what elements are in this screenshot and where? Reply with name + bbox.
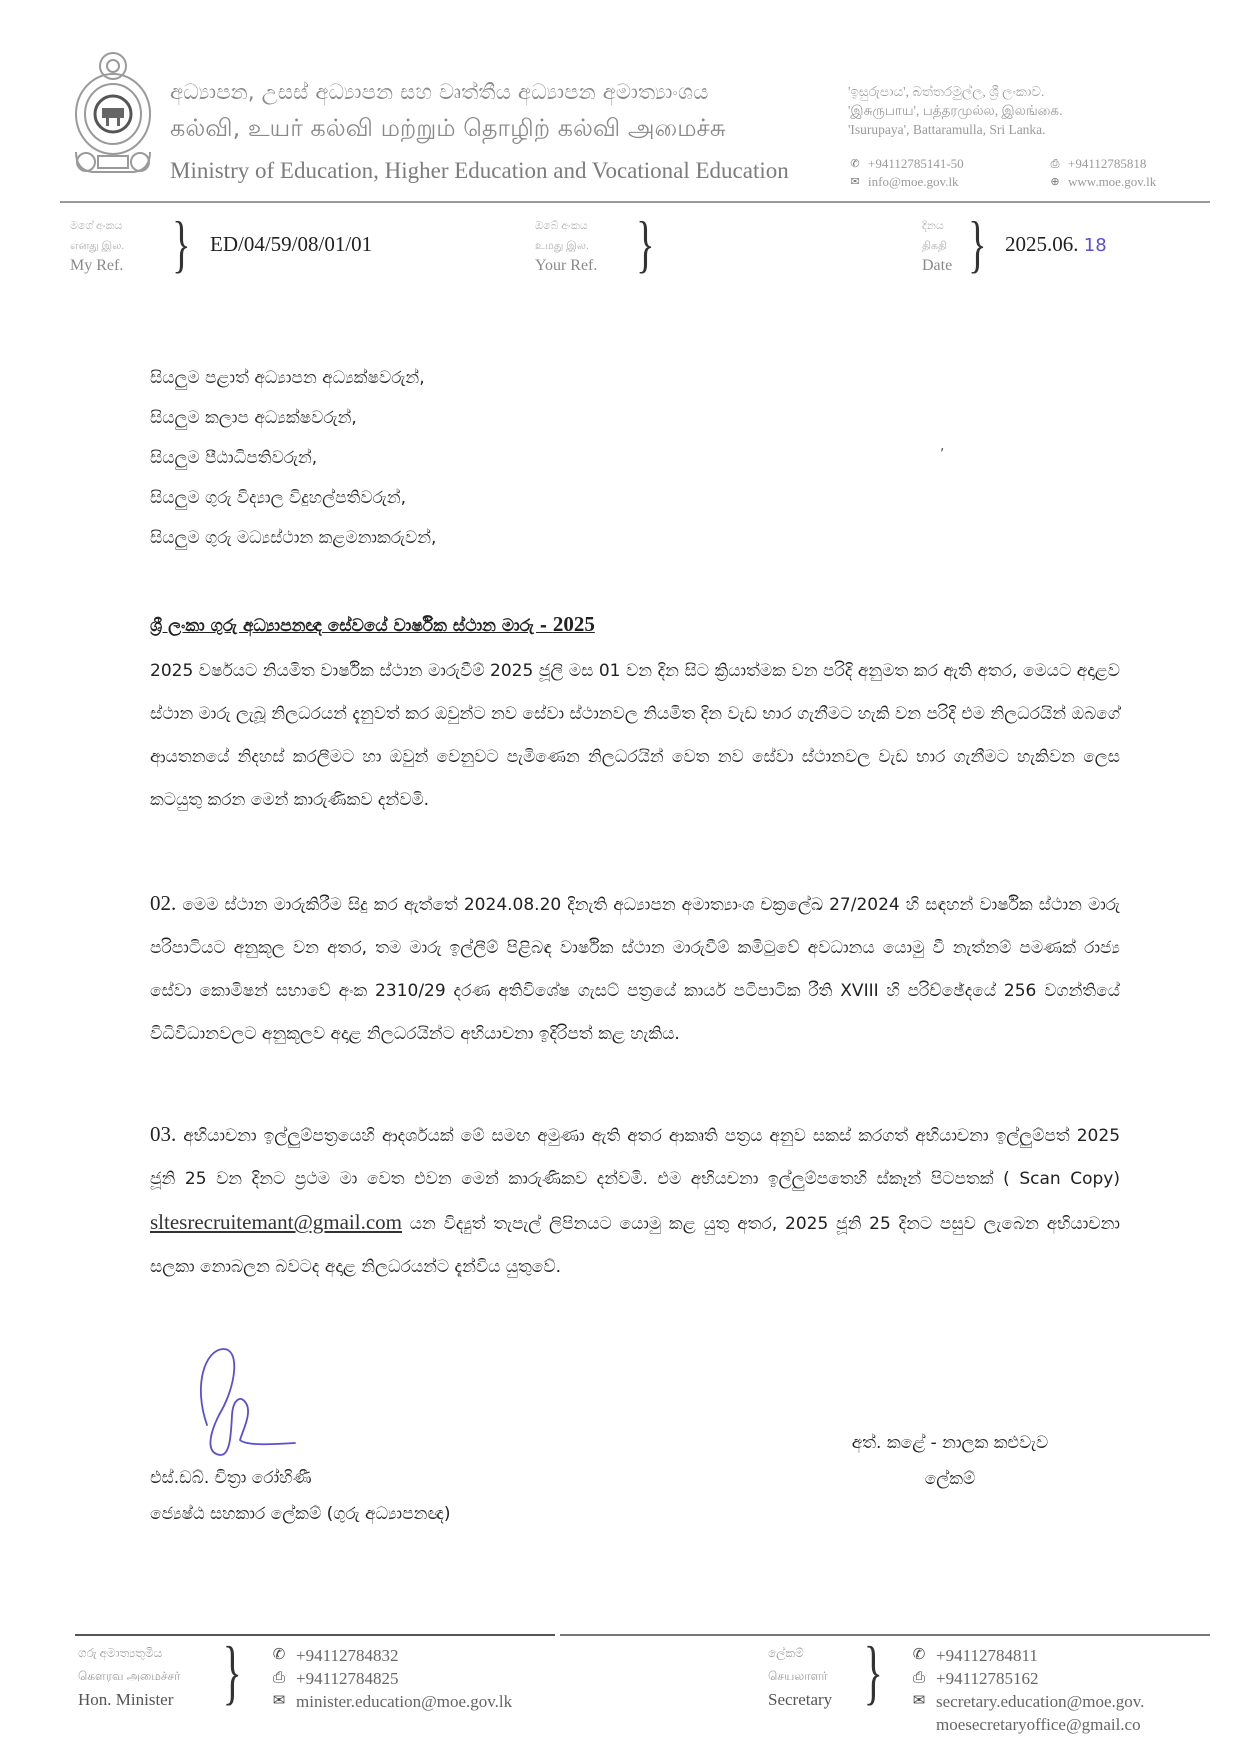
date-label: දිනය திகதி Date bbox=[922, 216, 952, 276]
brace: } bbox=[968, 212, 986, 276]
signatory-right: අත්. කළේ - නාලක කළුවැව ලේකම් bbox=[800, 1425, 1100, 1497]
stray-mark: , bbox=[940, 438, 944, 454]
fax-icon: ⎙ bbox=[270, 1667, 288, 1690]
ministry-contacts: ✆+94112785141-50 ✉info@moe.gov.lk ⎙+9411… bbox=[848, 155, 964, 191]
ministry-website[interactable]: www.moe.gov.lk bbox=[1068, 173, 1156, 191]
address-sinhala: 'ඉසුරුපාය', බත්තරමුල්ල, ශ්‍රී ලංකාව. bbox=[848, 82, 1062, 101]
ministry-fax: +94112785818 bbox=[1068, 155, 1146, 173]
letter-subject: ශ්‍රී ලංකා ගුරු අධ්‍යාපනඥ සේවයේ වාර්ෂික … bbox=[150, 612, 595, 637]
ministry-name-sinhala: අධ්‍යාපන, උසස් අධ්‍යාපන සහ වෘත්තීය අධ්‍ය… bbox=[170, 80, 709, 105]
signatory-title: ජ්‍යෙෂ්ඨ සහකාර ලේකම් (ගුරු අධ්‍යාපනඥ) bbox=[150, 1496, 451, 1532]
date-value: 2025.06. 18 bbox=[1005, 232, 1107, 257]
my-ref-value: ED/04/59/08/01/01 bbox=[210, 232, 372, 257]
brace: } bbox=[864, 1636, 883, 1708]
minister-label: ගරු අමාත්‍යතුමිය கௌரவ அமைச்சர் Hon. Mini… bbox=[78, 1642, 180, 1711]
appeal-email-link[interactable]: sltesrecruitemant@gmail.com bbox=[150, 1210, 402, 1234]
addressee: සියලුම කලාප අධ්‍යක්ෂවරුන්, bbox=[150, 398, 436, 438]
addressee: සියලුම පළාත් අධ්‍යාපන අධ්‍යක්ෂවරුන්, bbox=[150, 358, 436, 398]
address-english: 'Isurupaya', Battaramulla, Sri Lanka. bbox=[848, 120, 1062, 139]
phone-icon: ✆ bbox=[848, 155, 862, 173]
address-tamil: 'இசுருபாய', பத்தரமுல்ல, இலங்கை. bbox=[848, 101, 1062, 120]
email-icon: ✉ bbox=[910, 1690, 928, 1713]
brace: } bbox=[636, 212, 654, 276]
signatory-title: ලේකම් bbox=[800, 1461, 1100, 1497]
ministry-email[interactable]: info@moe.gov.lk bbox=[868, 173, 959, 191]
paragraph-1: 2025 වර්ෂයට නියමිත වාර්ෂික ස්ථාන මාරුවීම… bbox=[150, 650, 1120, 822]
paragraph-3: 03. අභියාචනා ඉල්ලුම්පත්‍රයෙහි ආදර්ශයක් ම… bbox=[150, 1113, 1120, 1289]
minister-email[interactable]: minister.education@moe.gov.lk bbox=[296, 1690, 512, 1713]
footer-divider bbox=[560, 1634, 1210, 1636]
signatory-left: එස්.ඩබ්. චිත්‍රා රෝහිණී ජ්‍යෙෂ්ඨ සහකාර ල… bbox=[150, 1460, 451, 1532]
national-emblem-icon bbox=[72, 48, 154, 182]
brace: } bbox=[223, 1636, 242, 1708]
secretary-email[interactable]: secretary.education@moe.gov. bbox=[936, 1690, 1144, 1713]
ministry-name-english: Ministry of Education, Higher Education … bbox=[170, 158, 789, 184]
letter-page: අධ්‍යාපන, උසස් අධ්‍යාපන සහ වෘත්තීය අධ්‍ය… bbox=[0, 0, 1240, 1754]
ministry-name-tamil: கல்வி, உயர் கல்வி மற்றும் தொழிற் கல்வி அ… bbox=[170, 114, 726, 145]
my-ref-label: මගේ අංකය எனது இல. My Ref. bbox=[70, 216, 124, 276]
minister-contacts: ✆+94112784832 ⎙+94112784825 ✉minister.ed… bbox=[270, 1644, 512, 1713]
email-icon: ✉ bbox=[848, 173, 862, 191]
fax-icon: ⎙ bbox=[910, 1667, 928, 1690]
your-ref-label: ඔබේ අංකය உமது இல. Your Ref. bbox=[535, 216, 597, 276]
globe-icon: ⊕ bbox=[1048, 173, 1062, 191]
signatory-name: අත්. කළේ - නාලක කළුවැව bbox=[800, 1425, 1100, 1461]
brace: } bbox=[172, 212, 190, 276]
addressee: සියලුම ගුරු මධ්‍යස්ථාන කළමනාකරුවන්, bbox=[150, 518, 436, 558]
addressee: සියලුම ගුරු විද්‍යාල විදුහල්පතිවරුන්, bbox=[150, 478, 436, 518]
secretary-office-email[interactable]: moesecretaryoffice@gmail.co bbox=[936, 1713, 1141, 1736]
addressee: සියලුම පීඨාධිපතිවරුන්, bbox=[150, 438, 436, 478]
ministry-address: 'ඉසුරුපාය', බත්තරමුල්ල, ශ්‍රී ලංකාව. 'இச… bbox=[848, 82, 1062, 139]
addressee-list: සියලුම පළාත් අධ්‍යාපන අධ්‍යක්ෂවරුන්, සිය… bbox=[150, 358, 436, 558]
secretary-contacts: ✆+94112784811 ⎙+94112785162 ✉secretary.e… bbox=[910, 1644, 1144, 1736]
fax-icon: ⎙ bbox=[1048, 155, 1062, 173]
footer-divider bbox=[75, 1634, 555, 1636]
phone-icon: ✆ bbox=[910, 1644, 928, 1667]
letterhead-divider bbox=[60, 201, 1210, 203]
phone-icon: ✆ bbox=[270, 1644, 288, 1667]
ministry-phone: +94112785141-50 bbox=[868, 155, 964, 173]
paragraph-2: 02. මෙම ස්ථාන මාරුකිරීම සිදු කර ඇත්තේ 20… bbox=[150, 882, 1120, 1056]
signatory-name: එස්.ඩබ්. චිත්‍රා රෝහිණී bbox=[150, 1460, 451, 1496]
email-icon: ✉ bbox=[270, 1690, 288, 1713]
handwritten-signature bbox=[185, 1345, 305, 1460]
secretary-label: ලේකම් செயலாளர் Secretary bbox=[768, 1642, 832, 1711]
handwritten-day: 18 bbox=[1084, 235, 1107, 256]
